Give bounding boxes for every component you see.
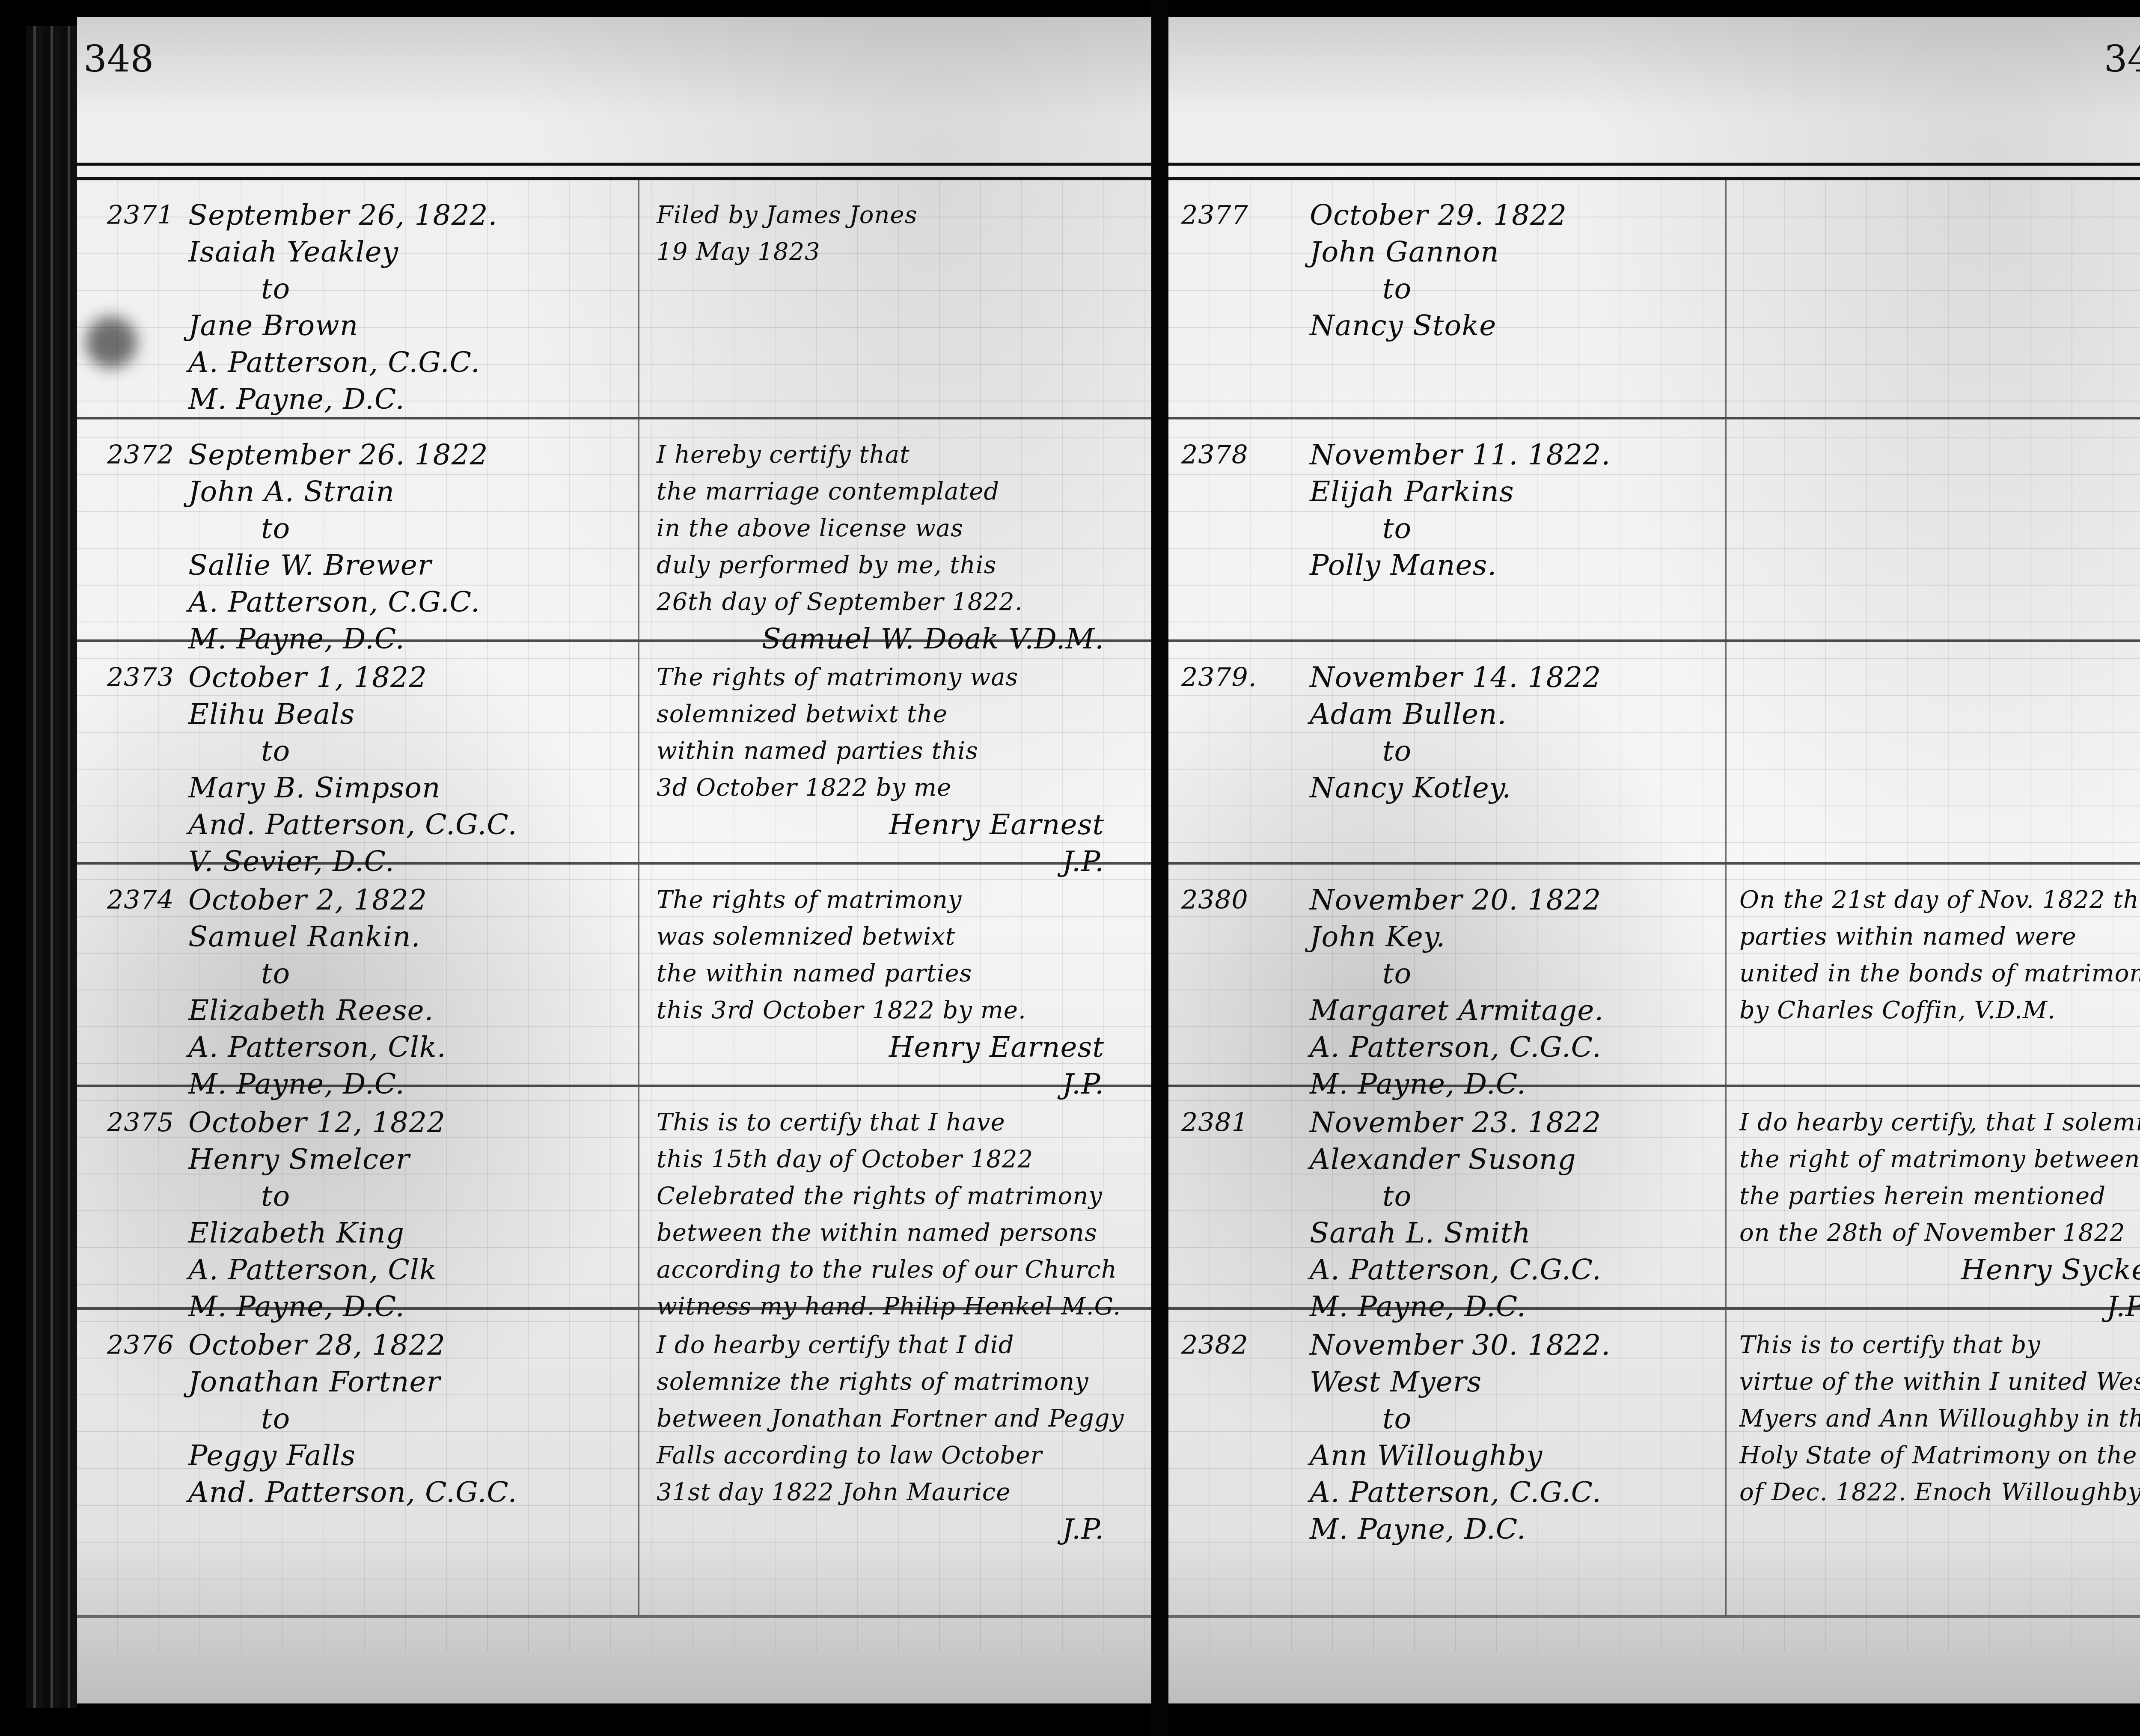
certificate-column [1725,642,2140,862]
clerk-signature: A. Patterson, Clk. [188,1029,638,1066]
bride-name: Sallie W. Brewer [188,547,638,584]
license-date: November 14. 1822 [1310,659,1725,696]
entry-number-column: 2375 [77,1087,175,1307]
entry-number-column: 2374 [77,865,175,1085]
entry-parties-column: November 20. 1822 John Key. to Margaret … [1297,865,1725,1085]
certificate-line: Holy State of Matrimony on the 2nd [1739,1437,2140,1474]
to-connector: to [188,510,638,547]
groom-name: John Key. [1310,919,1725,955]
certificate-line: Filed by James Jones [657,197,1130,234]
certificate-text: Filed by James Jones19 May 1823 [657,197,1130,271]
certificate-line: Celebrated the rights of matrimony [657,1178,1130,1215]
clerk-signature: A. Patterson, Clk [188,1251,638,1288]
bride-name: Mary B. Simpson [188,770,638,806]
bride-name: Polly Manes. [1310,547,1725,584]
certificate-column [1725,419,2140,639]
license-date: November 23. 1822 [1310,1104,1725,1141]
groom-name: Isaiah Yeakley [188,234,638,271]
deputy-clerk-signature: M. Payne, D.C. [188,381,638,418]
certificate-line: Myers and Ann Willoughby in the [1739,1400,2140,1437]
groom-name: Henry Smelcer [188,1141,638,1178]
certificate-text: I do hearby certify that I didsolemnize … [657,1327,1130,1511]
register-entry: 2380 November 20. 1822 John Key. to Marg… [1168,865,2140,1087]
page-number-left: 348 [83,38,154,80]
license-date: October 28, 1822 [188,1327,638,1364]
to-connector: to [188,955,638,992]
license-date: October 12, 1822 [188,1104,638,1141]
certificate-line: This is to certify that by [1739,1327,2140,1364]
certificate-text: I do hearby certify, that I solemnizedth… [1739,1104,2140,1251]
bride-name: Peggy Falls [188,1437,638,1474]
entry-number: 2380 [1181,882,1297,919]
entry-number: 2372 [107,437,175,473]
certificate-column: I do hearby certify that I didsolemnize … [638,1310,1130,1615]
entry-parties-column: October 29. 1822 John Gannon to Nancy St… [1297,180,1725,417]
entry-number-column: 2382 [1168,1310,1297,1615]
book-page-edges-left [26,26,77,1708]
register-entry: 2377 October 29. 1822 John Gannon to Nan… [1168,180,2140,419]
entry-parties-column: September 26, 1822. Isaiah Yeakley to Ja… [175,180,638,417]
certificate-text: On the 21st day of Nov. 1822 theparties … [1739,882,2140,1029]
certificate-line: I do hearby certify, that I solemnized [1739,1104,2140,1141]
entry-number: 2373 [107,659,175,696]
certificate-line: Falls according to law October [657,1437,1130,1474]
certificate-column: The rights of matrimony wassolemnized be… [638,642,1130,862]
entry-number: 2375 [107,1104,175,1141]
right-page: 349 2377 October 29. 1822 John Gannon to… [1168,17,2140,1703]
register-entry: 2371 September 26, 1822. Isaiah Yeakley … [77,180,1151,419]
certificate-line: the within named parties [657,955,1130,992]
clerk-signature: And. Patterson, C.G.C. [188,1474,638,1511]
license-date: November 30. 1822. [1310,1327,1725,1364]
license-date: October 29. 1822 [1310,197,1725,234]
certificate-line: 26th day of September 1822. [657,584,1130,621]
groom-name: John Gannon [1310,234,1725,271]
certificate-column: On the 21st day of Nov. 1822 theparties … [1725,865,2140,1085]
entry-number-column: 2378 [1168,419,1297,639]
entry-number-column: 2377 [1168,180,1297,417]
certificate-line: between Jonathan Fortner and Peggy [657,1400,1130,1437]
to-connector: to [188,733,638,770]
certificate-column: I hereby certify thatthe marriage contem… [638,419,1130,639]
certificate-line: this 3rd October 1822 by me. [657,992,1130,1029]
certificate-line: the right of matrimony between [1739,1141,2140,1178]
certificate-line: by Charles Coffin, V.D.M. [1739,992,2140,1029]
license-date: October 2, 1822 [188,882,638,919]
clerk-signature: A. Patterson, C.G.C. [188,584,638,621]
certificate-line: The rights of matrimony was [657,659,1130,696]
clerk-signature: A. Patterson, C.G.C. [1310,1474,1725,1511]
register-table-left: 2371 September 26, 1822. Isaiah Yeakley … [77,180,1151,1652]
certificate-column: This is to certify that I havethis 15th … [638,1087,1130,1307]
to-connector: to [188,1178,638,1215]
entry-parties-column: November 11. 1822. Elijah Parkins to Pol… [1297,419,1725,639]
clerk-signature: A. Patterson, C.G.C. [188,344,638,381]
register-entry: 2379. November 14. 1822 Adam Bullen. to … [1168,642,2140,865]
register-entry: 2382 November 30. 1822. West Myers to An… [1168,1310,2140,1618]
entry-parties-column: October 28, 1822 Jonathan Fortner to Peg… [175,1310,638,1615]
entry-number-column: 2379. [1168,642,1297,862]
entry-parties-column: November 14. 1822 Adam Bullen. to Nancy … [1297,642,1725,862]
certificate-line: within named parties this [657,733,1130,770]
register-table-right: 2377 October 29. 1822 John Gannon to Nan… [1168,180,2140,1652]
certificate-column: I do hearby certify, that I solemnizedth… [1725,1087,2140,1307]
certificate-column: The rights of matrimonywas solemnized be… [638,865,1130,1085]
entry-number: 2374 [107,882,175,919]
entry-number-column: 2376 [77,1310,175,1615]
certificate-text: I hereby certify thatthe marriage contem… [657,437,1130,621]
certificate-line: the marriage contemplated [657,473,1130,510]
groom-name: West Myers [1310,1364,1725,1400]
license-date: September 26. 1822 [188,437,638,473]
register-entry: 2374 October 2, 1822 Samuel Rankin. to E… [77,865,1151,1087]
certificate-line: this 15th day of October 1822 [657,1141,1130,1178]
entry-number-column: 2371 [77,180,175,417]
register-entry: 2381 November 23. 1822 Alexander Susong … [1168,1087,2140,1310]
certificate-line: on the 28th of November 1822 [1739,1215,2140,1251]
bride-name: Ann Willoughby [1310,1437,1725,1474]
certificate-column [1725,180,2140,417]
entry-number-column: 2372 [77,419,175,639]
entry-number: 2377 [1181,197,1297,234]
officiant-signature: Henry Earnest [657,1029,1130,1066]
certificate-line: I hereby certify that [657,437,1130,473]
entry-number: 2381 [1181,1104,1297,1141]
groom-name: Samuel Rankin. [188,919,638,955]
certificate-line: between the within named persons [657,1215,1130,1251]
certificate-line: solemnize the rights of matrimony [657,1364,1130,1400]
bride-name: Elizabeth Reese. [188,992,638,1029]
entry-number: 2382 [1181,1327,1297,1364]
groom-name: Elihu Beals [188,696,638,733]
register-entry: 2372 September 26. 1822 John A. Strain t… [77,419,1151,642]
page-number-right: 349 [2104,38,2140,80]
entry-parties-column: October 1, 1822 Elihu Beals to Mary B. S… [175,642,638,862]
groom-name: Jonathan Fortner [188,1364,638,1400]
entry-parties-column: October 12, 1822 Henry Smelcer to Elizab… [175,1087,638,1307]
certificate-line: was solemnized betwixt [657,919,1130,955]
certificate-line: the parties herein mentioned [1739,1178,2140,1215]
entry-parties-column: November 30. 1822. West Myers to Ann Wil… [1297,1310,1725,1615]
to-connector: to [188,271,638,307]
clerk-signature: And. Patterson, C.G.C. [188,806,638,843]
certificate-line: parties within named were [1739,919,2140,955]
groom-name: John A. Strain [188,473,638,510]
book-spine [1151,0,1168,1736]
header-double-rule [77,163,1151,180]
entry-parties-column: November 23. 1822 Alexander Susong to Sa… [1297,1087,1725,1307]
register-entry: 2373 October 1, 1822 Elihu Beals to Mary… [77,642,1151,865]
deputy-clerk-signature: M. Payne, D.C. [1310,1511,1725,1548]
entry-number: 2378 [1181,437,1297,473]
certificate-line: in the above license was [657,510,1130,547]
ink-stain [86,317,137,368]
clerk-signature: A. Patterson, C.G.C. [1310,1029,1725,1066]
to-connector: to [188,1400,638,1437]
certificate-line: 19 May 1823 [657,234,1130,271]
certificate-line: solemnized betwixt the [657,696,1130,733]
entry-number: 2379. [1181,659,1297,696]
to-connector: to [1310,733,1725,770]
entry-number: 2371 [107,197,175,234]
certificate-column: This is to certify that byvirtue of the … [1725,1310,2140,1615]
certificate-line: The rights of matrimony [657,882,1130,919]
license-date: October 1, 1822 [188,659,638,696]
entry-parties-column: September 26. 1822 John A. Strain to Sal… [175,419,638,639]
certificate-column: Filed by James Jones19 May 1823 [638,180,1130,417]
certificate-line: duly performed by me, this [657,547,1130,584]
entry-number: 2376 [107,1327,175,1364]
to-connector: to [1310,1400,1725,1437]
certificate-text: This is to certify that byvirtue of the … [1739,1327,2140,1511]
officiant-signature: Henry Sycke [1739,1251,2140,1288]
certificate-line: according to the rules of our Church [657,1251,1130,1288]
certificate-line: of Dec. 1822. Enoch Willoughby [1739,1474,2140,1511]
entry-number-column: 2373 [77,642,175,862]
register-entry: 2378 November 11. 1822. Elijah Parkins t… [1168,419,2140,642]
entry-number-column: 2381 [1168,1087,1297,1307]
bride-name: Elizabeth King [188,1215,638,1251]
entry-number-column: 2380 [1168,865,1297,1085]
to-connector: to [1310,1178,1725,1215]
groom-name: Alexander Susong [1310,1141,1725,1178]
groom-name: Adam Bullen. [1310,696,1725,733]
certificate-line: I do hearby certify that I did [657,1327,1130,1364]
certificate-line: united in the bonds of matrimony [1739,955,2140,992]
bride-name: Nancy Kotley. [1310,770,1725,806]
left-page: 348 2371 September 26, 1822. Isaiah Yeak… [77,17,1151,1703]
bride-name: Sarah L. Smith [1310,1215,1725,1251]
bride-name: Jane Brown [188,307,638,344]
register-entry: 2376 October 28, 1822 Jonathan Fortner t… [77,1310,1151,1618]
bride-name: Nancy Stoke [1310,307,1725,344]
to-connector: to [1310,510,1725,547]
bride-name: Margaret Armitage. [1310,992,1725,1029]
license-date: September 26, 1822. [188,197,638,234]
certificate-line: 3d October 1822 by me [657,770,1130,806]
header-double-rule [1168,163,2140,180]
entry-parties-column: October 2, 1822 Samuel Rankin. to Elizab… [175,865,638,1085]
officiant-signature: Henry Earnest [657,806,1130,843]
license-date: November 11. 1822. [1310,437,1725,473]
clerk-signature: A. Patterson, C.G.C. [1310,1251,1725,1288]
certificate-text: The rights of matrimonywas solemnized be… [657,882,1130,1029]
certificate-text: The rights of matrimony wassolemnized be… [657,659,1130,806]
certificate-text: This is to certify that I havethis 15th … [657,1104,1130,1325]
groom-name: Elijah Parkins [1310,473,1725,510]
license-date: November 20. 1822 [1310,882,1725,919]
certificate-line: virtue of the within I united West [1739,1364,2140,1400]
officiant-title: J.P. [657,1511,1130,1548]
certificate-line: On the 21st day of Nov. 1822 the [1739,882,2140,919]
certificate-line: This is to certify that I have [657,1104,1130,1141]
certificate-line: 31st day 1822 John Maurice [657,1474,1130,1511]
to-connector: to [1310,271,1725,307]
register-entry: 2375 October 12, 1822 Henry Smelcer to E… [77,1087,1151,1310]
to-connector: to [1310,955,1725,992]
